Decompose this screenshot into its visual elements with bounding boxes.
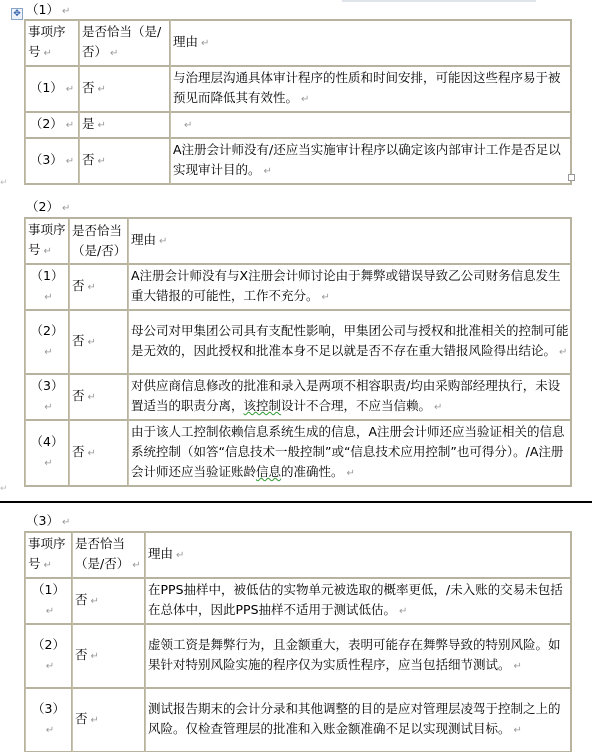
header-appropriate: 是否恰当（是/否）↵ — [79, 20, 170, 66]
table-resize-handle[interactable] — [568, 174, 575, 181]
row-reason: ↵ — [170, 112, 571, 138]
table-row: （1）↵ 否↵ 在PPS抽样中，被低估的实物单元被选取的概率更低，/未入账的交易… — [25, 578, 571, 624]
header-seq: 事项序号↵ — [25, 218, 69, 264]
table-row: （2）↵ 否↵ 虚领工资是舞弊行为，且金额重大，表明可能存在舞弊导致的特别风险。… — [25, 624, 571, 688]
spellcheck-underline: 该控制 — [244, 398, 282, 413]
row-appropriate: 否↵ — [79, 66, 170, 112]
table-section-3: 事项序号↵ 是否恰当（是/否）↵ 理由↵ （1）↵ 否↵ 在PPS抽样中，被低估… — [24, 531, 572, 752]
row-seq: （3）↵ — [25, 138, 79, 184]
row-seq: （1）↵ — [25, 66, 79, 112]
row-appropriate: 是↵ — [79, 112, 170, 138]
table-row: （3）↵ 否↵ 对供应商信息修改的批准和录入是两项不相容职责/均由采购部经理执行… — [25, 374, 571, 420]
table-header-row: 事项序号↵ 是否恰当（是/否） 理由↵ — [25, 218, 571, 264]
section-label-1: （1）↵ — [26, 2, 70, 20]
row-appropriate: 否↵ — [69, 374, 128, 420]
table-move-handle-icon[interactable]: ✥ — [11, 8, 23, 20]
table-row: （3）↵ 否↵ 测试报告期末的会计分录和其他调整的目的是应对管理层凌驾于控制之上… — [25, 688, 571, 752]
header-seq: 事项序号↵ — [25, 20, 79, 66]
table-section-1: 事项序号↵ 是否恰当（是/否）↵ 理由↵ （1）↵ 否↵ 与治理层沟通具体审计程… — [24, 19, 572, 185]
header-appropriate: 是否恰当（是/否） — [69, 218, 128, 264]
table-row: （1）↵ 否↵ A注册会计师没有与X注册会计师讨论由于舞弊或错误导致乙公司财务信… — [25, 264, 571, 310]
paragraph-mark-icon: ↵ — [62, 517, 70, 528]
row-reason: 对供应商信息修改的批准和录入是两项不相容职责/均由采购部经理执行，未设置适当的职… — [128, 374, 571, 420]
row-appropriate: 否↵ — [69, 310, 128, 374]
row-seq: （2）↵ — [25, 112, 79, 138]
header-seq: 事项序号↵ — [25, 532, 72, 578]
table-row: （3）↵ 否↵ A注册会计师没有/还应当实施审计程序以确定该内部审计工作是否足以… — [25, 138, 571, 184]
row-seq: （2）↵ — [25, 310, 69, 374]
row-appropriate: 否↵ — [69, 420, 128, 486]
page-divider — [0, 501, 592, 503]
row-seq: （3）↵ — [25, 374, 69, 420]
row-seq: （1）↵ — [25, 578, 72, 624]
row-reason: 由于该人工控制依赖信息系统生成的信息，A注册会计师还应当验证相关的信息系统控制（… — [128, 420, 571, 486]
row-appropriate: 否↵ — [79, 138, 170, 184]
header-reason: 理由↵ — [170, 20, 571, 66]
section-label-2: （2）↵ — [26, 199, 70, 217]
row-appropriate: 否↵ — [69, 264, 128, 310]
row-appropriate: 否↵ — [72, 578, 145, 624]
paragraph-mark-icon: ↵ — [0, 178, 8, 188]
row-seq: （4）↵ — [25, 420, 69, 486]
row-reason: A注册会计师没有与X注册会计师讨论由于舞弊或错误导致乙公司财务信息发生重大错报的… — [128, 264, 571, 310]
header-appropriate: 是否恰当（是/否）↵ — [72, 532, 145, 578]
row-seq: （2）↵ — [25, 624, 72, 688]
row-seq: （1）↵ — [25, 264, 69, 310]
paragraph-mark-icon: ↵ — [62, 203, 70, 214]
section-label-3: （3）↵ — [26, 513, 70, 531]
table-row: （1）↵ 否↵ 与治理层沟通具体审计程序的性质和时间安排，可能因这些程序易于被预… — [25, 66, 571, 112]
table-row: （2）↵ 是↵ ↵ — [25, 112, 571, 138]
paragraph-mark-icon: ↵ — [62, 6, 70, 17]
paragraph-mark-icon: ↵ — [0, 484, 8, 494]
table-header-row: 事项序号↵ 是否恰当（是/否）↵ 理由↵ — [25, 532, 571, 578]
table-row: （2）↵ 否↵ 母公司对甲集团公司具有支配性影响，甲集团公司与授权和批准相关的控… — [25, 310, 571, 374]
row-reason: A注册会计师没有/还应当实施审计程序以确定该内部审计工作是否足以实现审计目的。↵ — [170, 138, 571, 184]
table-row: （4）↵ 否↵ 由于该人工控制依赖信息系统生成的信息，A注册会计师还应当验证相关… — [25, 420, 571, 486]
toolbar-edge — [342, 0, 536, 2]
row-reason: 虚领工资是舞弊行为，且金额重大，表明可能存在舞弊导致的特别风险。如果针对特别风险… — [145, 624, 571, 688]
row-reason: 与治理层沟通具体审计程序的性质和时间安排，可能因这些程序易于被预见而降低其有效性… — [170, 66, 571, 112]
header-reason: 理由↵ — [145, 532, 571, 578]
row-appropriate: 否↵ — [72, 624, 145, 688]
table-header-row: 事项序号↵ 是否恰当（是/否）↵ 理由↵ — [25, 20, 571, 66]
spellcheck-underline: 信息 — [256, 464, 281, 479]
row-reason: 母公司对甲集团公司具有支配性影响，甲集团公司与授权和批准相关的控制可能是无效的，… — [128, 310, 571, 374]
row-reason: 测试报告期末的会计分录和其他调整的目的是应对管理层凌驾于控制之上的风险。仅检查管… — [145, 688, 571, 752]
row-reason: 在PPS抽样中，被低估的实物单元被选取的概率更低，/未入账的交易未包括在总体中，… — [145, 578, 571, 624]
row-seq: （3）↵ — [25, 688, 72, 752]
row-appropriate: 否↵ — [72, 688, 145, 752]
table-section-2: 事项序号↵ 是否恰当（是/否） 理由↵ （1）↵ 否↵ A注册会计师没有与X注册… — [24, 217, 572, 487]
header-reason: 理由↵ — [128, 218, 571, 264]
